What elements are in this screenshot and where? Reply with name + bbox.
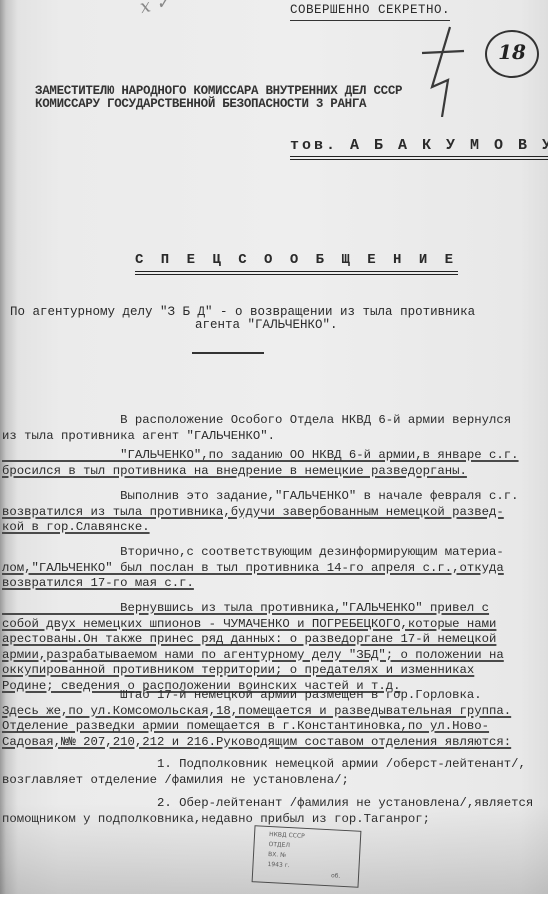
text-line: Вернувшись из тыла противника,"ГАЛЬЧЕНКО… <box>2 601 548 617</box>
handwritten-mark-icon <box>418 25 468 117</box>
page-number: 18 <box>487 40 537 64</box>
paragraph: Выполнив это задание,"ГАЛЬЧЕНКО" в начал… <box>2 489 548 536</box>
paragraph: Штаб 17-й немецкой армии размещен в гор.… <box>2 688 548 750</box>
stamp-line: 1943 г. <box>267 861 290 869</box>
paragraph: 2. Обер-лейтенант /фамилия не установлен… <box>2 796 548 827</box>
text-line: 1. Подполковник немецкой армии /оберст-л… <box>2 757 548 773</box>
subject-line-1: По агентурному делу "З Б Д" - о возвраще… <box>10 305 475 319</box>
paragraph: В расположение Особого Отдела НКВД 6-й а… <box>2 413 548 444</box>
text-line: помощником у подполковника,недавно прибы… <box>2 812 548 828</box>
handwritten-scribble: x ✓ <box>138 0 173 18</box>
text-line: возглавляет отделение /фамилия не устано… <box>2 773 548 789</box>
paragraph: Вернувшись из тыла противника,"ГАЛЬЧЕНКО… <box>2 601 548 694</box>
subject-divider <box>192 352 264 354</box>
paragraph: 1. Подполковник немецкой армии /оберст-л… <box>2 757 548 788</box>
recipient-line-2: КОМИССАРУ ГОСУДАРСТВЕННОЙ БЕЗОПАСНОСТИ 3… <box>35 97 366 111</box>
classification-stamp: СОВЕРШЕННО СЕКРЕТНО. <box>290 3 450 21</box>
text-line: собой двух немецких шпионов - ЧУМАЧЕНКО … <box>2 617 548 633</box>
text-line: Выполнив это задание,"ГАЛЬЧЕНКО" в начал… <box>2 489 548 505</box>
page-number-circle: 18 <box>485 30 539 78</box>
text-line: арестованы.Он также принес ряд данных: о… <box>2 632 548 648</box>
stamp-line: ВХ. № <box>268 851 287 859</box>
paragraph: Вторично,с соответствующим дезинформирую… <box>2 545 548 592</box>
recipient-line-1: ЗАМЕСТИТЕЛЮ НАРОДНОГО КОМИССАРА ВНУТРЕНН… <box>35 84 402 98</box>
text-line: Здесь же,по ул.Комсомольская,18,помещает… <box>2 704 548 720</box>
text-line: 2. Обер-лейтенант /фамилия не установлен… <box>2 796 548 812</box>
text-line: Штаб 17-й немецкой армии размещен в гор.… <box>2 688 548 704</box>
text-line: В расположение Особого Отдела НКВД 6-й а… <box>2 413 548 429</box>
stamp-line: НКВД СССР <box>269 831 305 840</box>
text-line: Отделение разведки армии помещается в г.… <box>2 719 548 735</box>
document-page: x ✓ СОВЕРШЕННО СЕКРЕТНО. 18 ЗАМЕСТИТЕЛЮ … <box>0 0 548 894</box>
text-line: лом,"ГАЛЬЧЕНКО" был послан в тыл противн… <box>2 561 548 577</box>
text-line: возвратился из тыла противника,будучи за… <box>2 505 548 521</box>
registration-stamp: НКВД СССР ОТДЕЛ ВХ. № 1943 г. об. <box>252 825 362 888</box>
text-line: оккупированной противником территории; о… <box>2 663 548 679</box>
text-line: Садовая,№№ 207,210,212 и 216.Руководящим… <box>2 735 548 751</box>
text-line: кой в гор.Славянске. <box>2 520 548 536</box>
text-line: "ГАЛЬЧЕНКО",по заданию ОО НКВД 6-й армии… <box>2 448 548 464</box>
text-line: бросился в тыл противника на внедрение в… <box>2 464 548 480</box>
document-title: С П Е Ц С О О Б Щ Е Н И Е <box>135 252 458 275</box>
text-line: Вторично,с соответствующим дезинформирую… <box>2 545 548 561</box>
subject-line-2: агента "ГАЛЬЧЕНКО". <box>195 318 338 332</box>
stamp-line: ОТДЕЛ <box>268 841 290 849</box>
paragraph: "ГАЛЬЧЕНКО",по заданию ОО НКВД 6-й армии… <box>2 448 548 479</box>
text-line: армии,разрабатываемом нами по агентурном… <box>2 648 548 664</box>
text-line: возвратился 17-го мая с.г. <box>2 576 548 592</box>
stamp-line: об. <box>331 872 341 879</box>
addressee: тов. А Б А К У М О В У . <box>290 137 548 160</box>
text-line: из тыла противника агент "ГАЛЬЧЕНКО". <box>2 429 548 445</box>
